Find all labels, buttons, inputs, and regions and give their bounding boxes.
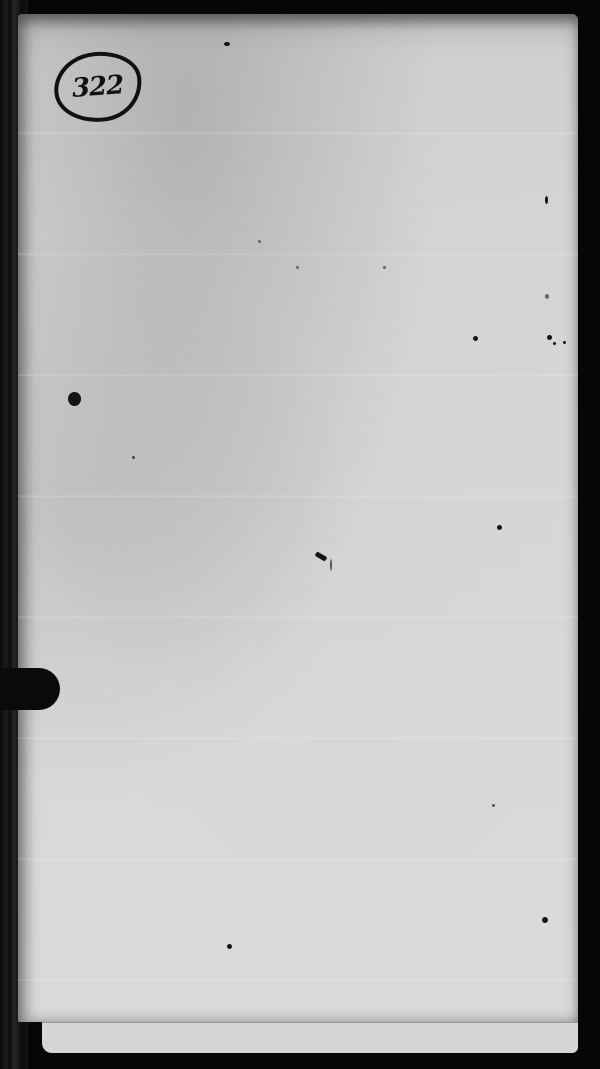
scanned-page-image: 322 bbox=[0, 0, 600, 1069]
ink-speck bbox=[473, 336, 478, 341]
ink-speck bbox=[224, 42, 230, 46]
ink-speck bbox=[542, 917, 548, 923]
ink-speck bbox=[296, 266, 299, 269]
ink-speck bbox=[553, 342, 556, 345]
binding-clip bbox=[0, 668, 60, 710]
ink-speck bbox=[132, 456, 135, 459]
ink-speck bbox=[258, 240, 261, 243]
ink-speck bbox=[547, 335, 552, 340]
ink-speck bbox=[545, 196, 548, 204]
ink-speck bbox=[563, 341, 566, 344]
ink-speck bbox=[383, 266, 386, 269]
ink-speck bbox=[227, 944, 232, 949]
folio-number: 322 bbox=[71, 70, 124, 104]
folio-number-circle: 322 bbox=[50, 46, 147, 128]
ink-speck bbox=[497, 525, 502, 530]
ink-speck bbox=[492, 804, 495, 807]
underlying-sheet-edge bbox=[42, 1020, 578, 1053]
ink-speck bbox=[330, 559, 332, 571]
ink-speck bbox=[545, 294, 549, 299]
ink-speck bbox=[68, 392, 81, 406]
ink-speck bbox=[315, 551, 328, 561]
paper-sheet: 322 bbox=[18, 14, 578, 1022]
